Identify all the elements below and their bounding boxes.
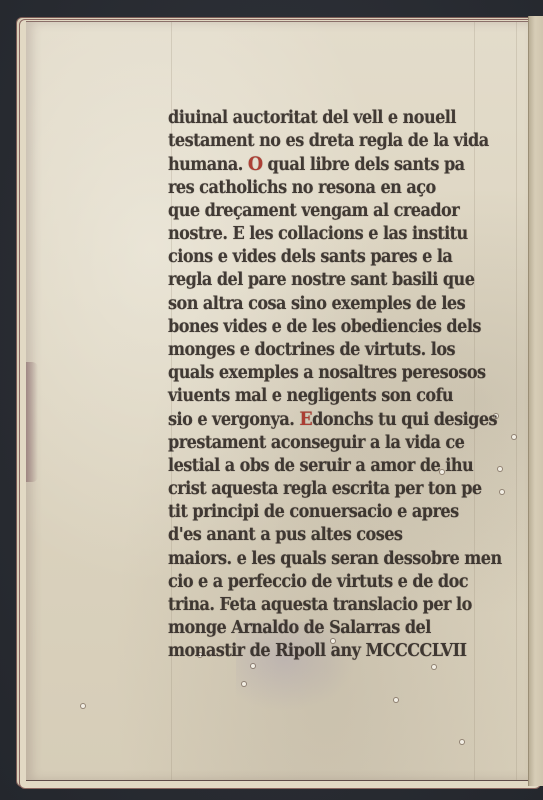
text-line: maiors. e les quals seran dessobre men <box>168 548 444 571</box>
text-line: quals exemples a nosaltres peresosos <box>168 362 444 385</box>
wormhole <box>460 740 464 744</box>
text-line: cio e a perfeccio de virtuts e de doc <box>168 571 444 594</box>
manuscript-page: diuinal auctoritat del vell e nouell tes… <box>26 21 528 781</box>
text-line: cions e vides dels sants pares e la <box>168 246 444 269</box>
rubric-initial: O <box>248 153 263 175</box>
wormhole <box>500 490 504 494</box>
text-line: sio e vergonya. Edonchs tu qui desiges <box>168 408 444 431</box>
text-fragment: qual libre dels sants pa <box>263 155 465 175</box>
wormhole <box>242 682 246 686</box>
ruling-line <box>516 22 517 780</box>
text-column: diuinal auctoritat del vell e nouell tes… <box>168 107 468 664</box>
text-line: regla del pare nostre sant basili que <box>168 269 444 292</box>
text-line: lestial a obs de seruir a amor de ihu <box>168 455 444 478</box>
text-line: humana. O qual libre dels sants pa <box>168 153 444 176</box>
text-line: nostre. E les collacions e las institu <box>168 223 444 246</box>
text-line: res catholichs no resona en aço <box>168 177 444 200</box>
rubric-initial: E <box>299 408 312 430</box>
text-line: son altra cosa sino exemples de les <box>168 293 444 316</box>
text-line: monges e doctrines de virtuts. los <box>168 339 444 362</box>
text-fragment: sio e vergonya. <box>168 410 299 430</box>
text-fragment: humana. <box>168 155 248 175</box>
text-line: que dreçament vengam al creador <box>168 200 444 223</box>
text-line: viuents mal e negligents son cofu <box>168 385 444 408</box>
text-line: bones vides e de les obediencies dels <box>168 316 444 339</box>
text-line: diuinal auctoritat del vell e nouell <box>168 107 444 130</box>
facing-leaf-edge <box>528 16 543 786</box>
text-line: monastir de Ripoll any MCCCCLVII <box>168 640 444 663</box>
wormhole <box>251 664 255 668</box>
wormhole <box>81 704 85 708</box>
text-line: d'es anant a pus altes coses <box>168 524 444 547</box>
text-line: testament no es dreta regla de la vida <box>168 130 444 153</box>
text-line: crist aquesta regla escrita per ton pe <box>168 478 444 501</box>
text-line: trina. Feta aquesta translacio per lo <box>168 594 444 617</box>
wormhole <box>512 435 516 439</box>
water-stain <box>26 362 38 482</box>
wormhole <box>432 665 436 669</box>
text-line: prestament aconseguir a la vida ce <box>168 432 444 455</box>
text-fragment: donchs tu qui desiges <box>312 410 497 430</box>
wormhole <box>394 698 398 702</box>
text-line: tit principi de conuersacio e apres <box>168 501 444 524</box>
wormhole <box>498 467 502 471</box>
text-line: monge Arnaldo de Salarras del <box>168 617 444 640</box>
